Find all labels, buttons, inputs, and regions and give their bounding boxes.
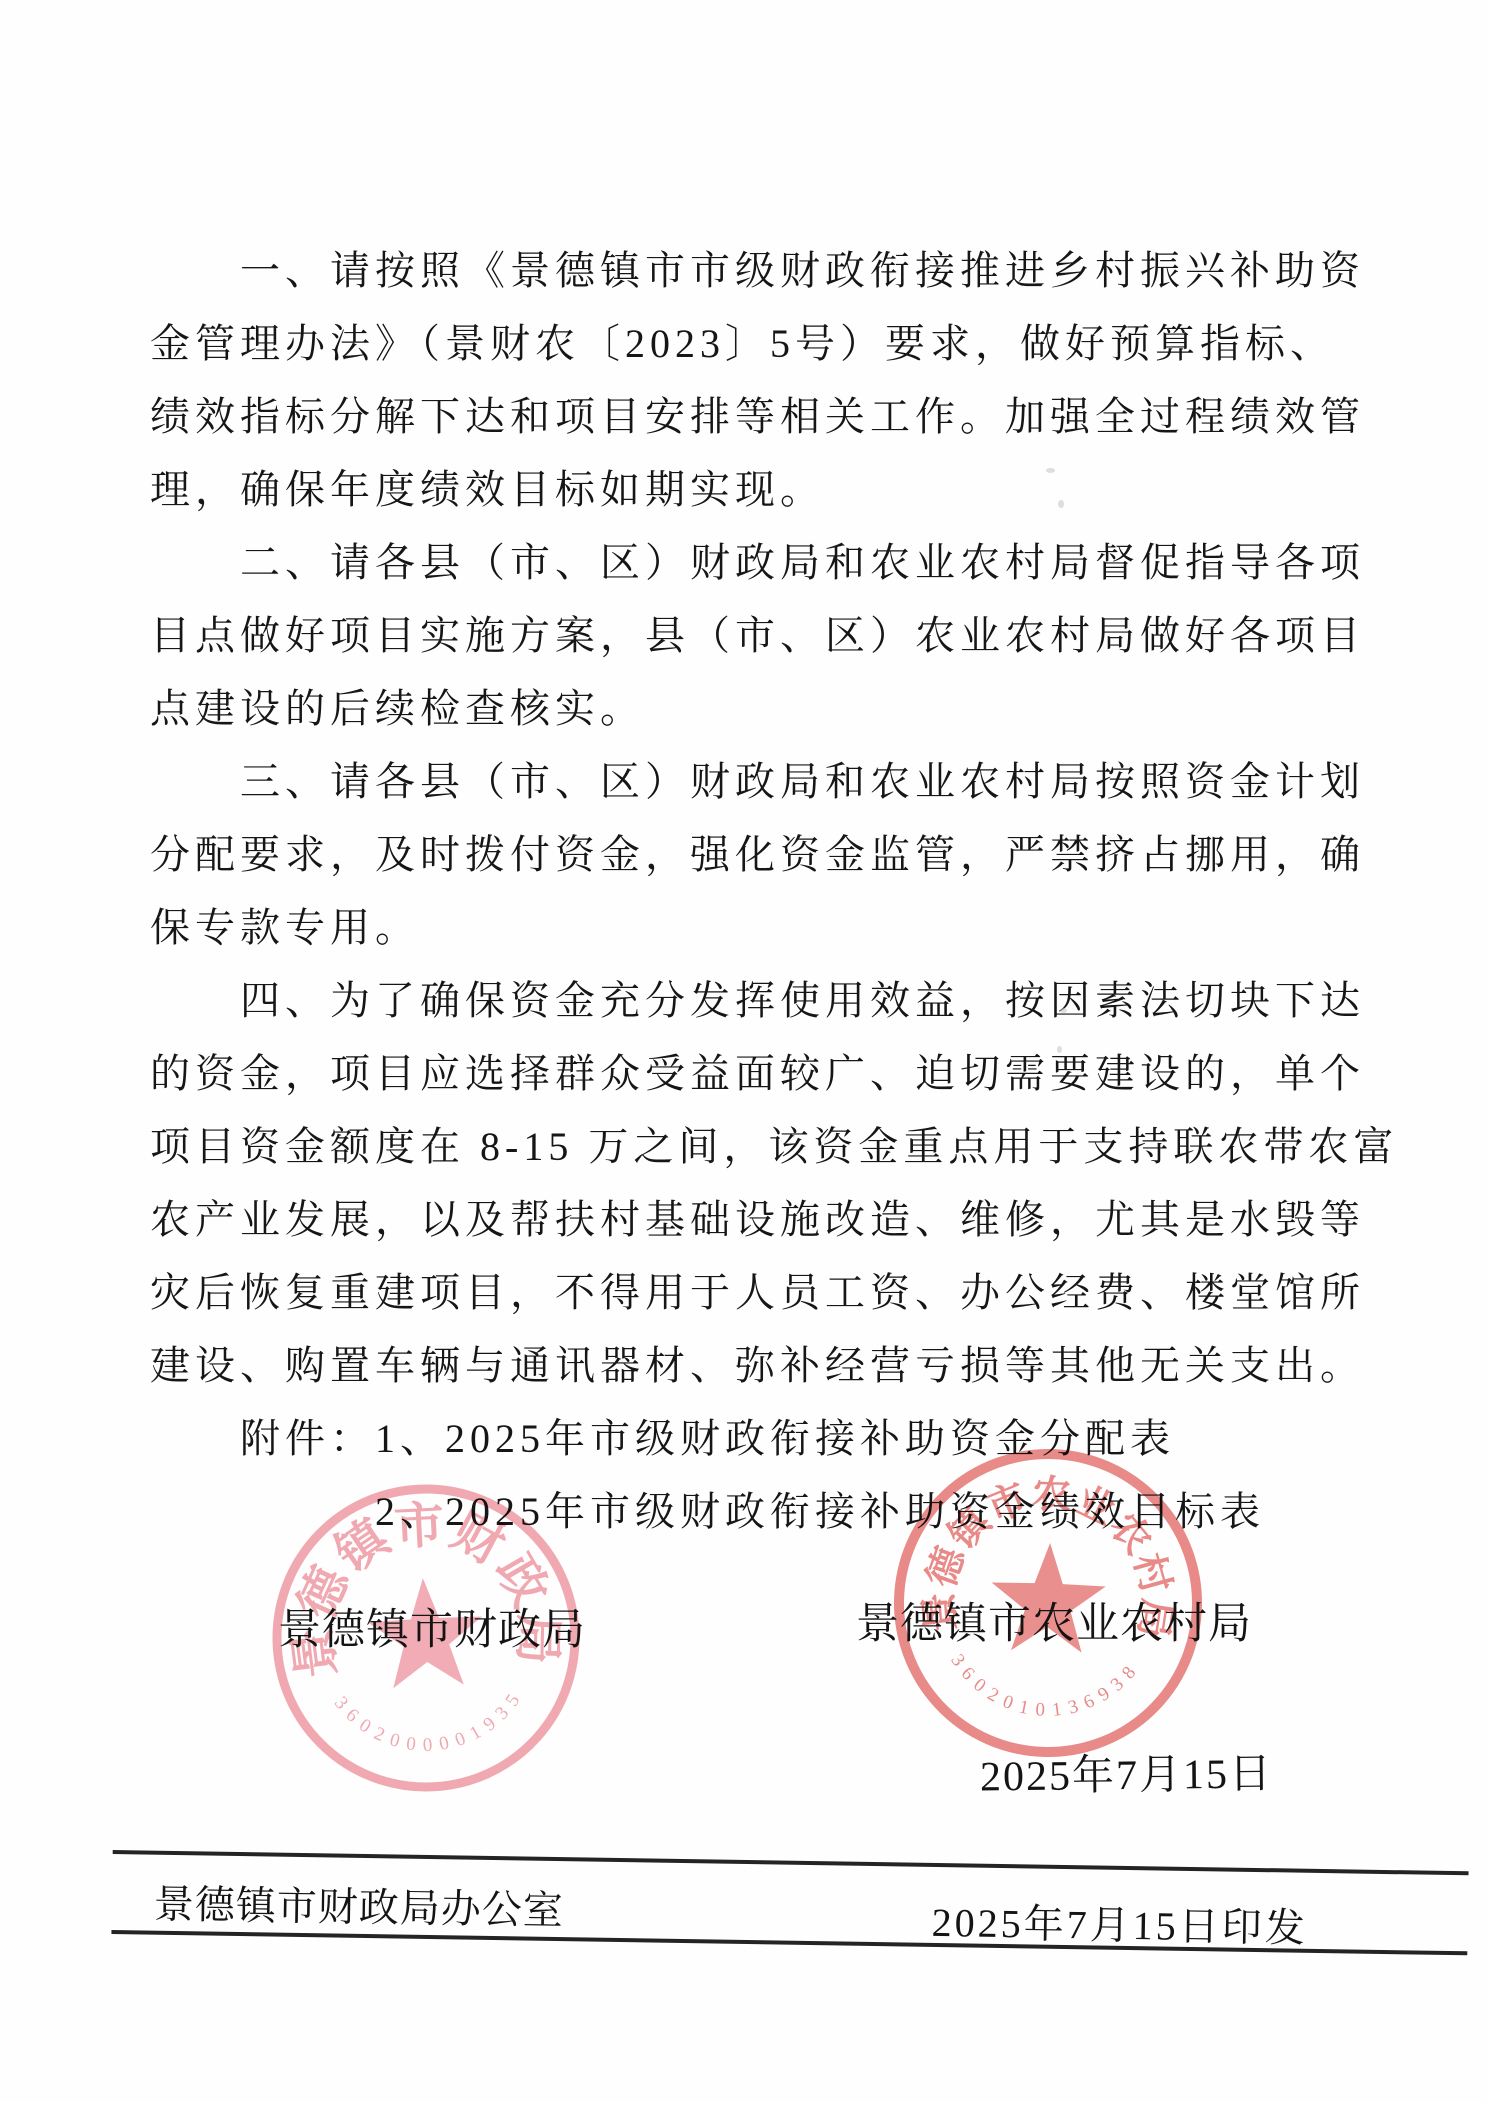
stamp-serial-text: 3602010136938 <box>944 1650 1145 1724</box>
text-line: 二、请各县（市、区）财政局和农业农村局督促指导各项 <box>150 526 1370 599</box>
text-line: 建设、购置车辆与通讯器材、弥补经营亏损等其他无关支出。 <box>150 1329 1370 1402</box>
text-line: 四、为了确保资金充分发挥使用效益，按因素法切块下达 <box>150 964 1370 1037</box>
text-line: 理，确保年度绩效目标如期实现。 <box>150 453 1370 526</box>
text-line: 三、请各县（市、区）财政局和农业农村局按照资金计划 <box>150 745 1370 818</box>
document-page: 一、请按照《景德镇市市级财政衔接推进乡村振兴补助资金管理办法》（景财农〔2023… <box>0 0 1487 2102</box>
stamp-serial-text: 3602000001935 <box>329 1683 531 1761</box>
footer-bar: 景德镇市财政局办公室 2025年7月15日印发 <box>111 1842 1469 1973</box>
left-agency-name: 景德镇市财政局 <box>278 1596 586 1657</box>
text-line: 分配要求，及时拨付资金，强化资金监管，严禁挤占挪用，确 <box>150 818 1370 891</box>
svg-text:3602000001935: 3602000001935 <box>329 1683 531 1761</box>
text-line: 的资金，项目应选择群众受益面较广、迫切需要建设的，单个 <box>150 1037 1370 1110</box>
footer-issuer: 景德镇市财政局办公室 <box>153 1873 564 1936</box>
right-agency-name: 景德镇市农业农村局 <box>856 1590 1252 1651</box>
text-line: 一、请按照《景德镇市市级财政衔接推进乡村振兴补助资 <box>150 234 1370 307</box>
body-text: 一、请按照《景德镇市市级财政衔接推进乡村振兴补助资金管理办法》（景财农〔2023… <box>150 234 1370 1548</box>
text-line: 项目资金额度在 8-15 万之间，该资金重点用于支持联农带农富 <box>150 1110 1370 1183</box>
scan-artifact <box>1046 468 1055 473</box>
text-line: 绩效指标分解下达和项目安排等相关工作。加强全过程绩效管 <box>150 380 1370 453</box>
text-line: 农产业发展，以及帮扶村基础设施改造、维修，尤其是水毁等 <box>150 1183 1370 1256</box>
text-line: 金管理办法》（景财农〔2023〕5号）要求，做好预算指标、 <box>150 307 1370 380</box>
text-line: 灾后恢复重建项目，不得用于人员工资、办公经费、楼堂馆所 <box>150 1256 1370 1329</box>
body-paragraphs: 一、请按照《景德镇市市级财政衔接推进乡村振兴补助资金管理办法》（景财农〔2023… <box>150 234 1370 1402</box>
scan-artifact <box>1060 1008 1067 1013</box>
text-line: 目点做好项目实施方案，县（市、区）农业农村局做好各项目 <box>150 599 1370 672</box>
footer-top-rule <box>113 1850 1469 1875</box>
scan-artifact <box>1058 500 1064 508</box>
text-line: 保专款专用。 <box>150 891 1370 964</box>
signature-date: 2025年7月15日 <box>980 1740 1274 1803</box>
scan-artifact <box>1057 1046 1062 1053</box>
svg-text:3602010136938: 3602010136938 <box>944 1650 1145 1724</box>
text-line: 点建设的后续检查核实。 <box>150 672 1370 745</box>
